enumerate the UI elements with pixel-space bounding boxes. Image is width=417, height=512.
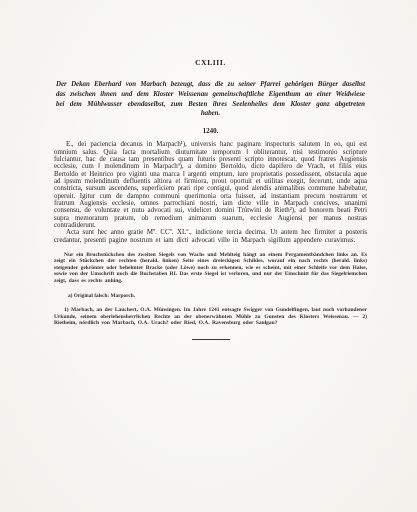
charter-text-paragraph-2: Acta sunt hec anno gratie Mº. CCº. XLº.,…: [54, 229, 367, 244]
section-divider: [192, 339, 230, 340]
footnotes-paragraph: 1) Marbach, an der Lauchert, O.A. Münsin…: [54, 307, 367, 327]
scanned-book-page: CXLIII. Der Dekan Eberhard von Marbach b…: [0, 0, 417, 512]
charter-number-heading: CXLIII.: [54, 58, 367, 67]
text-block: CXLIII. Der Dekan Eberhard von Marbach b…: [54, 58, 367, 340]
seal-description-note: Nur ein Bruchstückchen des zweiten Siege…: [54, 252, 367, 284]
critical-note-a: a) Original falsch: Marporch.: [68, 293, 367, 299]
apparatus-block: Nur ein Bruchstückchen des zweiten Siege…: [54, 252, 367, 327]
charter-date: 1240.: [54, 127, 367, 135]
charter-text-paragraph-1: E., dei paciencia decanus in Marpach¹), …: [54, 141, 367, 229]
regest-summary: Der Dekan Eberhard von Marbach bezeugt, …: [56, 80, 365, 119]
